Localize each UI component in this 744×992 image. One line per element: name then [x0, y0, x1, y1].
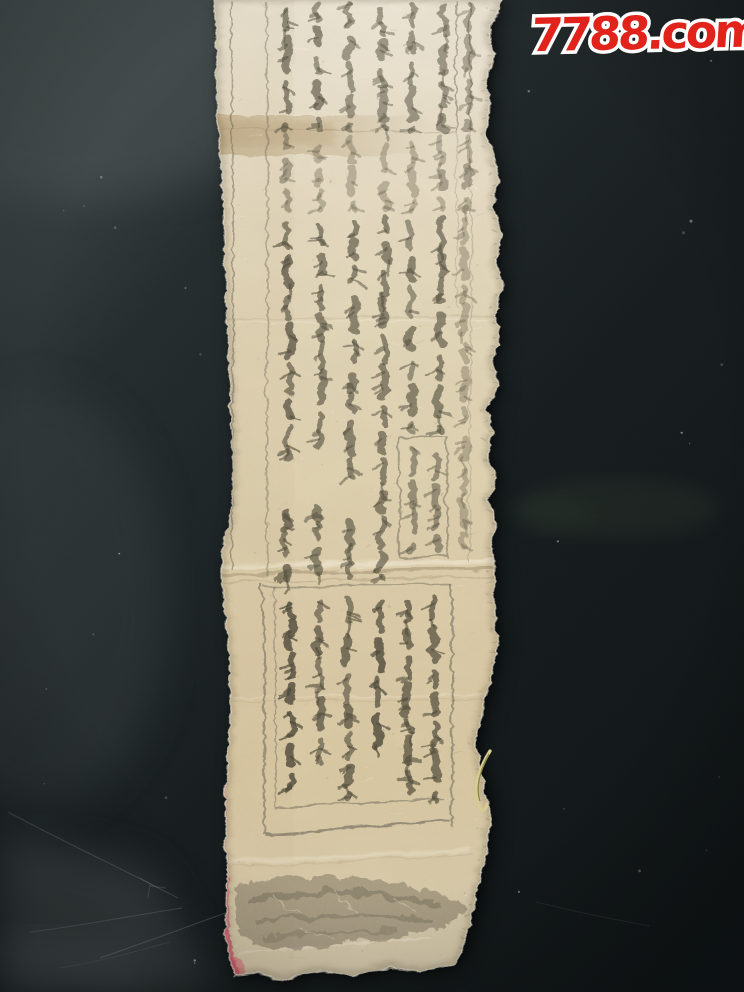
photo-stage: 7788.com 7788.com — [0, 0, 744, 992]
vignette — [0, 0, 744, 992]
scroll-photo — [0, 0, 744, 992]
